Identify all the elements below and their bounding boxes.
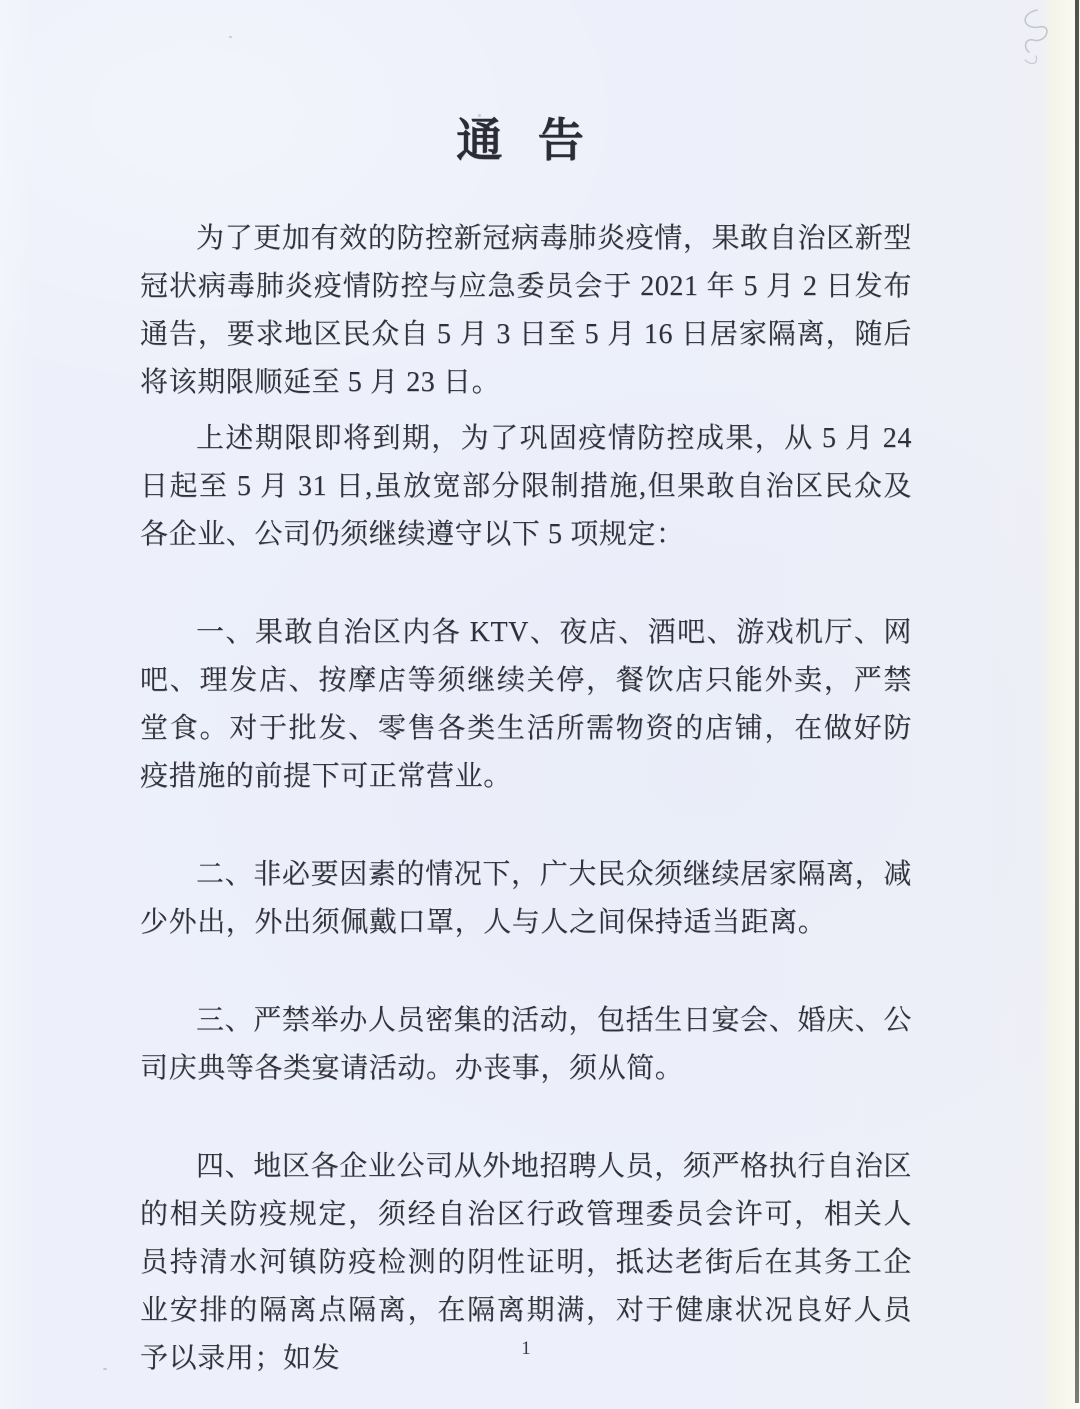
scan-edge-line <box>1075 0 1079 1403</box>
notice-title: 通 告 <box>140 112 912 170</box>
pencil-squiggle-mark <box>995 2 1057 80</box>
page-number: 1 <box>140 1338 912 1360</box>
notice-rule-3: 三、严禁举办人员密集的活动，包括生日宴会、婚庆、公司庆典等各类宴请活动。办丧事，… <box>140 997 912 1093</box>
notice-paragraph-intro-2: 上述期限即将到期，为了巩固疫情防控成果，从 5 月 24 日起至 5 月 31 … <box>140 415 912 559</box>
notice-rule-2: 二、非必要因素的情况下，广大民众须继续居家隔离，减少外出，外出须佩戴口罩，人与人… <box>140 851 912 947</box>
scanned-notice-page: { "document": { "title": "通 告", "paragra… <box>0 0 1080 1409</box>
notice-body: 通 告 为了更加有效的防控新冠病毒肺炎疫情，果敢自治区新型冠状病毒肺炎疫情防控与… <box>140 0 912 1383</box>
scan-dust-speck <box>103 1368 107 1370</box>
notice-rule-1: 一、果敢自治区内各 KTV、夜店、酒吧、游戏机厅、网吧、理发店、按摩店等须继续关… <box>140 609 912 801</box>
scan-edge-strip <box>1040 0 1080 1409</box>
notice-paragraph-intro-1: 为了更加有效的防控新冠病毒肺炎疫情，果敢自治区新型冠状病毒肺炎疫情防控与应急委员… <box>140 215 912 407</box>
